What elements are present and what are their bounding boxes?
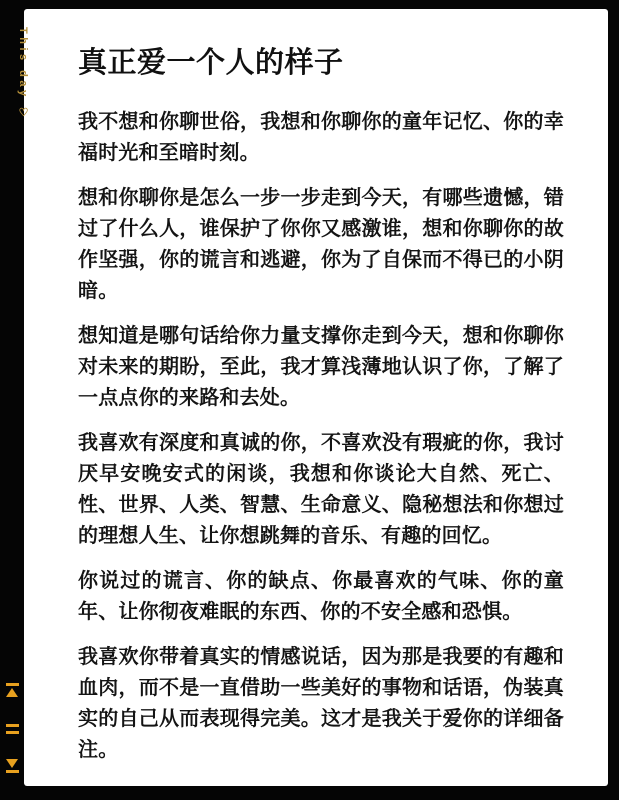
scroll-top-triangle (6, 688, 18, 697)
scroll-to-top-icon[interactable] (5, 683, 19, 697)
rail-icons (0, 0, 24, 800)
scroll-bottom-triangle (6, 759, 18, 768)
article-paragraph: 我喜欢有深度和真诚的你，不喜欢没有瑕疵的你，我讨厌早安晚安式的闲谈，我想和你谈论… (78, 428, 564, 552)
menu-line-1 (6, 724, 19, 727)
scroll-bottom-bar (6, 770, 19, 773)
left-rail: This day ♡ (0, 0, 24, 800)
scroll-to-bottom-icon[interactable] (5, 759, 19, 773)
article-paragraph: 你说过的谎言、你的缺点、你最喜欢的气味、你的童年、让你彻夜难眠的东西、你的不安全… (78, 566, 564, 628)
note-card: 真正爱一个人的样子 我不想和你聊世俗，我想和你聊你的童年记忆、你的幸福时光和至暗… (24, 9, 608, 786)
article-paragraph: 我喜欢你带着真实的情感说话，因为那是我要的有趣和血肉，而不是一直借助一些美好的事… (78, 642, 564, 766)
article-paragraph: 想知道是哪句话给你力量支撑你走到今天，想和你聊你对未来的期盼，至此，我才算浅薄地… (78, 321, 564, 414)
menu-line-2 (6, 731, 19, 734)
menu-lines-icon[interactable] (5, 724, 19, 734)
page-title: 真正爱一个人的样子 (78, 45, 564, 81)
article-body: 我不想和你聊世俗，我想和你聊你的童年记忆、你的幸福时光和至暗时刻。 想和你聊你是… (78, 107, 564, 766)
article-paragraph: 我不想和你聊世俗，我想和你聊你的童年记忆、你的幸福时光和至暗时刻。 (78, 107, 564, 169)
scroll-top-bar (6, 683, 19, 686)
article-paragraph: 想和你聊你是怎么一步一步走到今天，有哪些遗憾，错过了什么人，谁保护了你你又感激谁… (78, 183, 564, 307)
